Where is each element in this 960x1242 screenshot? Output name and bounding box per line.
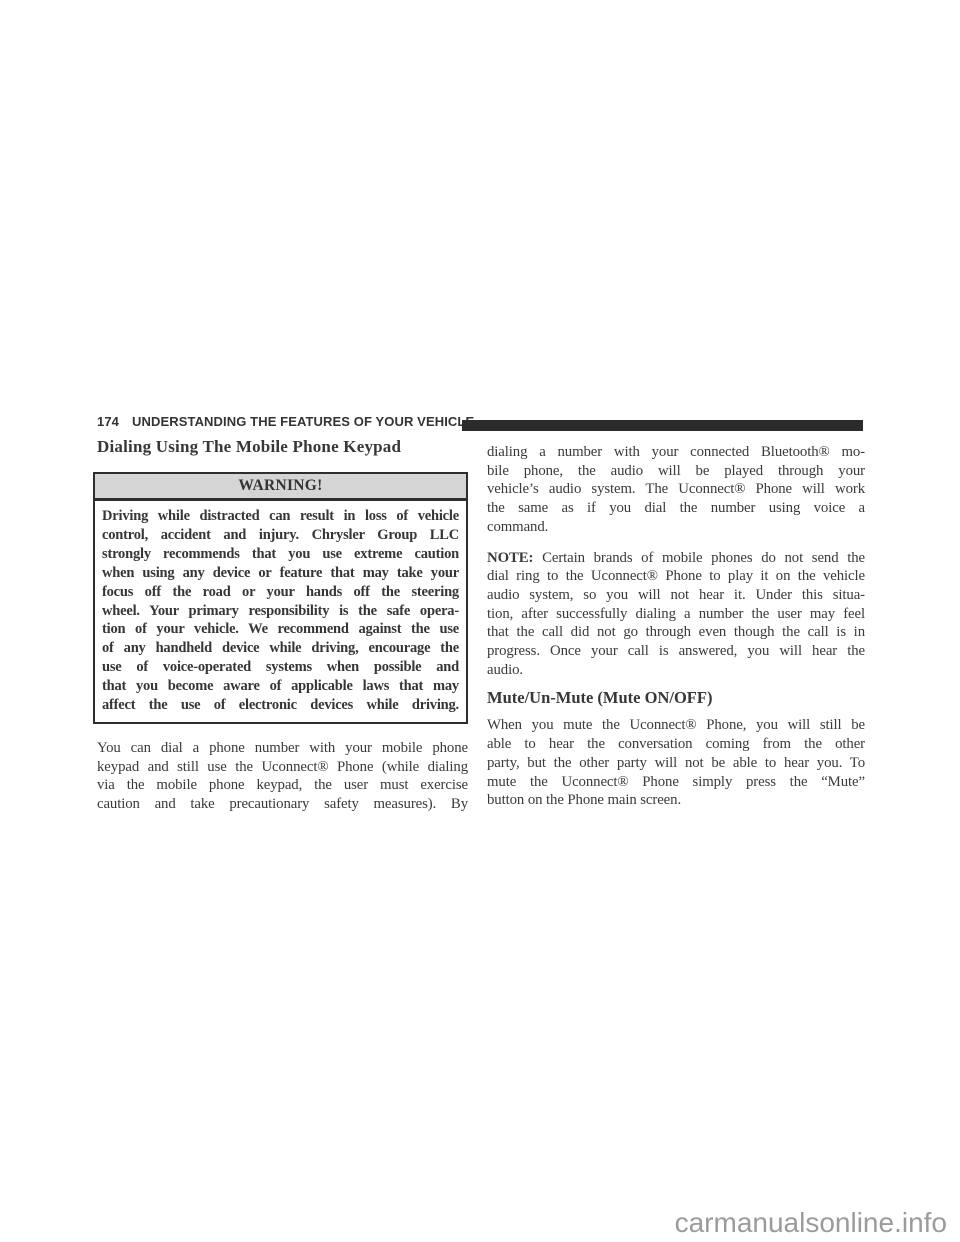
text-line: caution and take precautionary safety me… xyxy=(97,795,468,814)
left-paragraph: You can dial a phone number with your mo… xyxy=(97,739,468,814)
text-line: vehicle’s audio system. The Uconnect® Ph… xyxy=(487,480,865,499)
header-title: UNDERSTANDING THE FEATURES OF YOUR VEHIC… xyxy=(132,414,474,429)
watermark: carmanualsonline.info xyxy=(675,1208,947,1239)
text-line: audio. xyxy=(487,661,865,680)
header-bar xyxy=(462,420,863,431)
left-column: Dialing Using The Mobile Phone Keypad WA… xyxy=(97,437,468,814)
page-header: 174UNDERSTANDING THE FEATURES OF YOUR VE… xyxy=(97,414,474,430)
note-first-line-text: Certain brands of mobile phones do not s… xyxy=(542,550,865,566)
note-label: NOTE: xyxy=(487,550,533,566)
text-line: the same as if you dial the number using… xyxy=(487,499,865,518)
text-line: that you become aware of applicable laws… xyxy=(102,677,459,696)
mute-paragraph: When you mute the Uconnect® Phone, you w… xyxy=(487,716,865,810)
right-paragraph-1: dialing a number with your connected Blu… xyxy=(487,443,865,537)
text-line: of any handheld device while driving, en… xyxy=(102,639,459,658)
text-line: party, but the other party will not be a… xyxy=(487,754,865,773)
text-line: command. xyxy=(487,518,865,537)
manual-page: 174UNDERSTANDING THE FEATURES OF YOUR VE… xyxy=(0,0,960,1242)
text-line: wheel. Your primary responsibility is th… xyxy=(102,602,459,621)
text-line: tion, after successfully dialing a numbe… xyxy=(487,605,865,624)
text-line: keypad and still use the Uconnect® Phone… xyxy=(97,758,468,777)
text-line: focus off the road or your hands off the… xyxy=(102,583,459,602)
warning-box: WARNING! Driving while distracted can re… xyxy=(93,472,468,724)
warning-title: WARNING! xyxy=(95,474,466,501)
note-first-line: NOTE: Certain brands of mobile phones do… xyxy=(487,549,865,568)
text-line: strongly recommends that you use extreme… xyxy=(102,545,459,564)
text-line: able to hear the conversation coming fro… xyxy=(487,735,865,754)
mute-heading: Mute/Un-Mute (Mute ON/OFF) xyxy=(487,688,865,707)
page-number: 174 xyxy=(97,414,119,429)
text-line: via the mobile phone keypad, the user mu… xyxy=(97,776,468,795)
text-line: audio system, so you will not hear it. U… xyxy=(487,586,865,605)
warning-body: Driving while distracted can result in l… xyxy=(95,501,466,722)
note-paragraph: NOTE: Certain brands of mobile phones do… xyxy=(487,549,865,680)
text-line: mute the Uconnect® Phone simply press th… xyxy=(487,773,865,792)
text-line: when using any device or feature that ma… xyxy=(102,564,459,583)
text-line: use of voice-operated systems when possi… xyxy=(102,658,459,677)
text-line: dial ring to the Uconnect® Phone to play… xyxy=(487,567,865,586)
text-line: affect the use of electronic devices whi… xyxy=(102,696,459,715)
section-heading: Dialing Using The Mobile Phone Keypad xyxy=(97,437,468,457)
text-line: dialing a number with your connected Blu… xyxy=(487,443,865,462)
text-line: When you mute the Uconnect® Phone, you w… xyxy=(487,716,865,735)
text-line: bile phone, the audio will be played thr… xyxy=(487,462,865,481)
text-line: tion of your vehicle. We recommend again… xyxy=(102,620,459,639)
text-line: control, accident and injury. Chrysler G… xyxy=(102,526,459,545)
text-line: that the call did not go through even th… xyxy=(487,623,865,642)
text-line: Driving while distracted can result in l… xyxy=(102,507,459,526)
right-column: dialing a number with your connected Blu… xyxy=(487,443,865,810)
text-line: progress. Once your call is answered, yo… xyxy=(487,642,865,661)
text-line: You can dial a phone number with your mo… xyxy=(97,739,468,758)
text-line: button on the Phone main screen. xyxy=(487,791,865,810)
note-lines: dial ring to the Uconnect® Phone to play… xyxy=(487,567,865,679)
